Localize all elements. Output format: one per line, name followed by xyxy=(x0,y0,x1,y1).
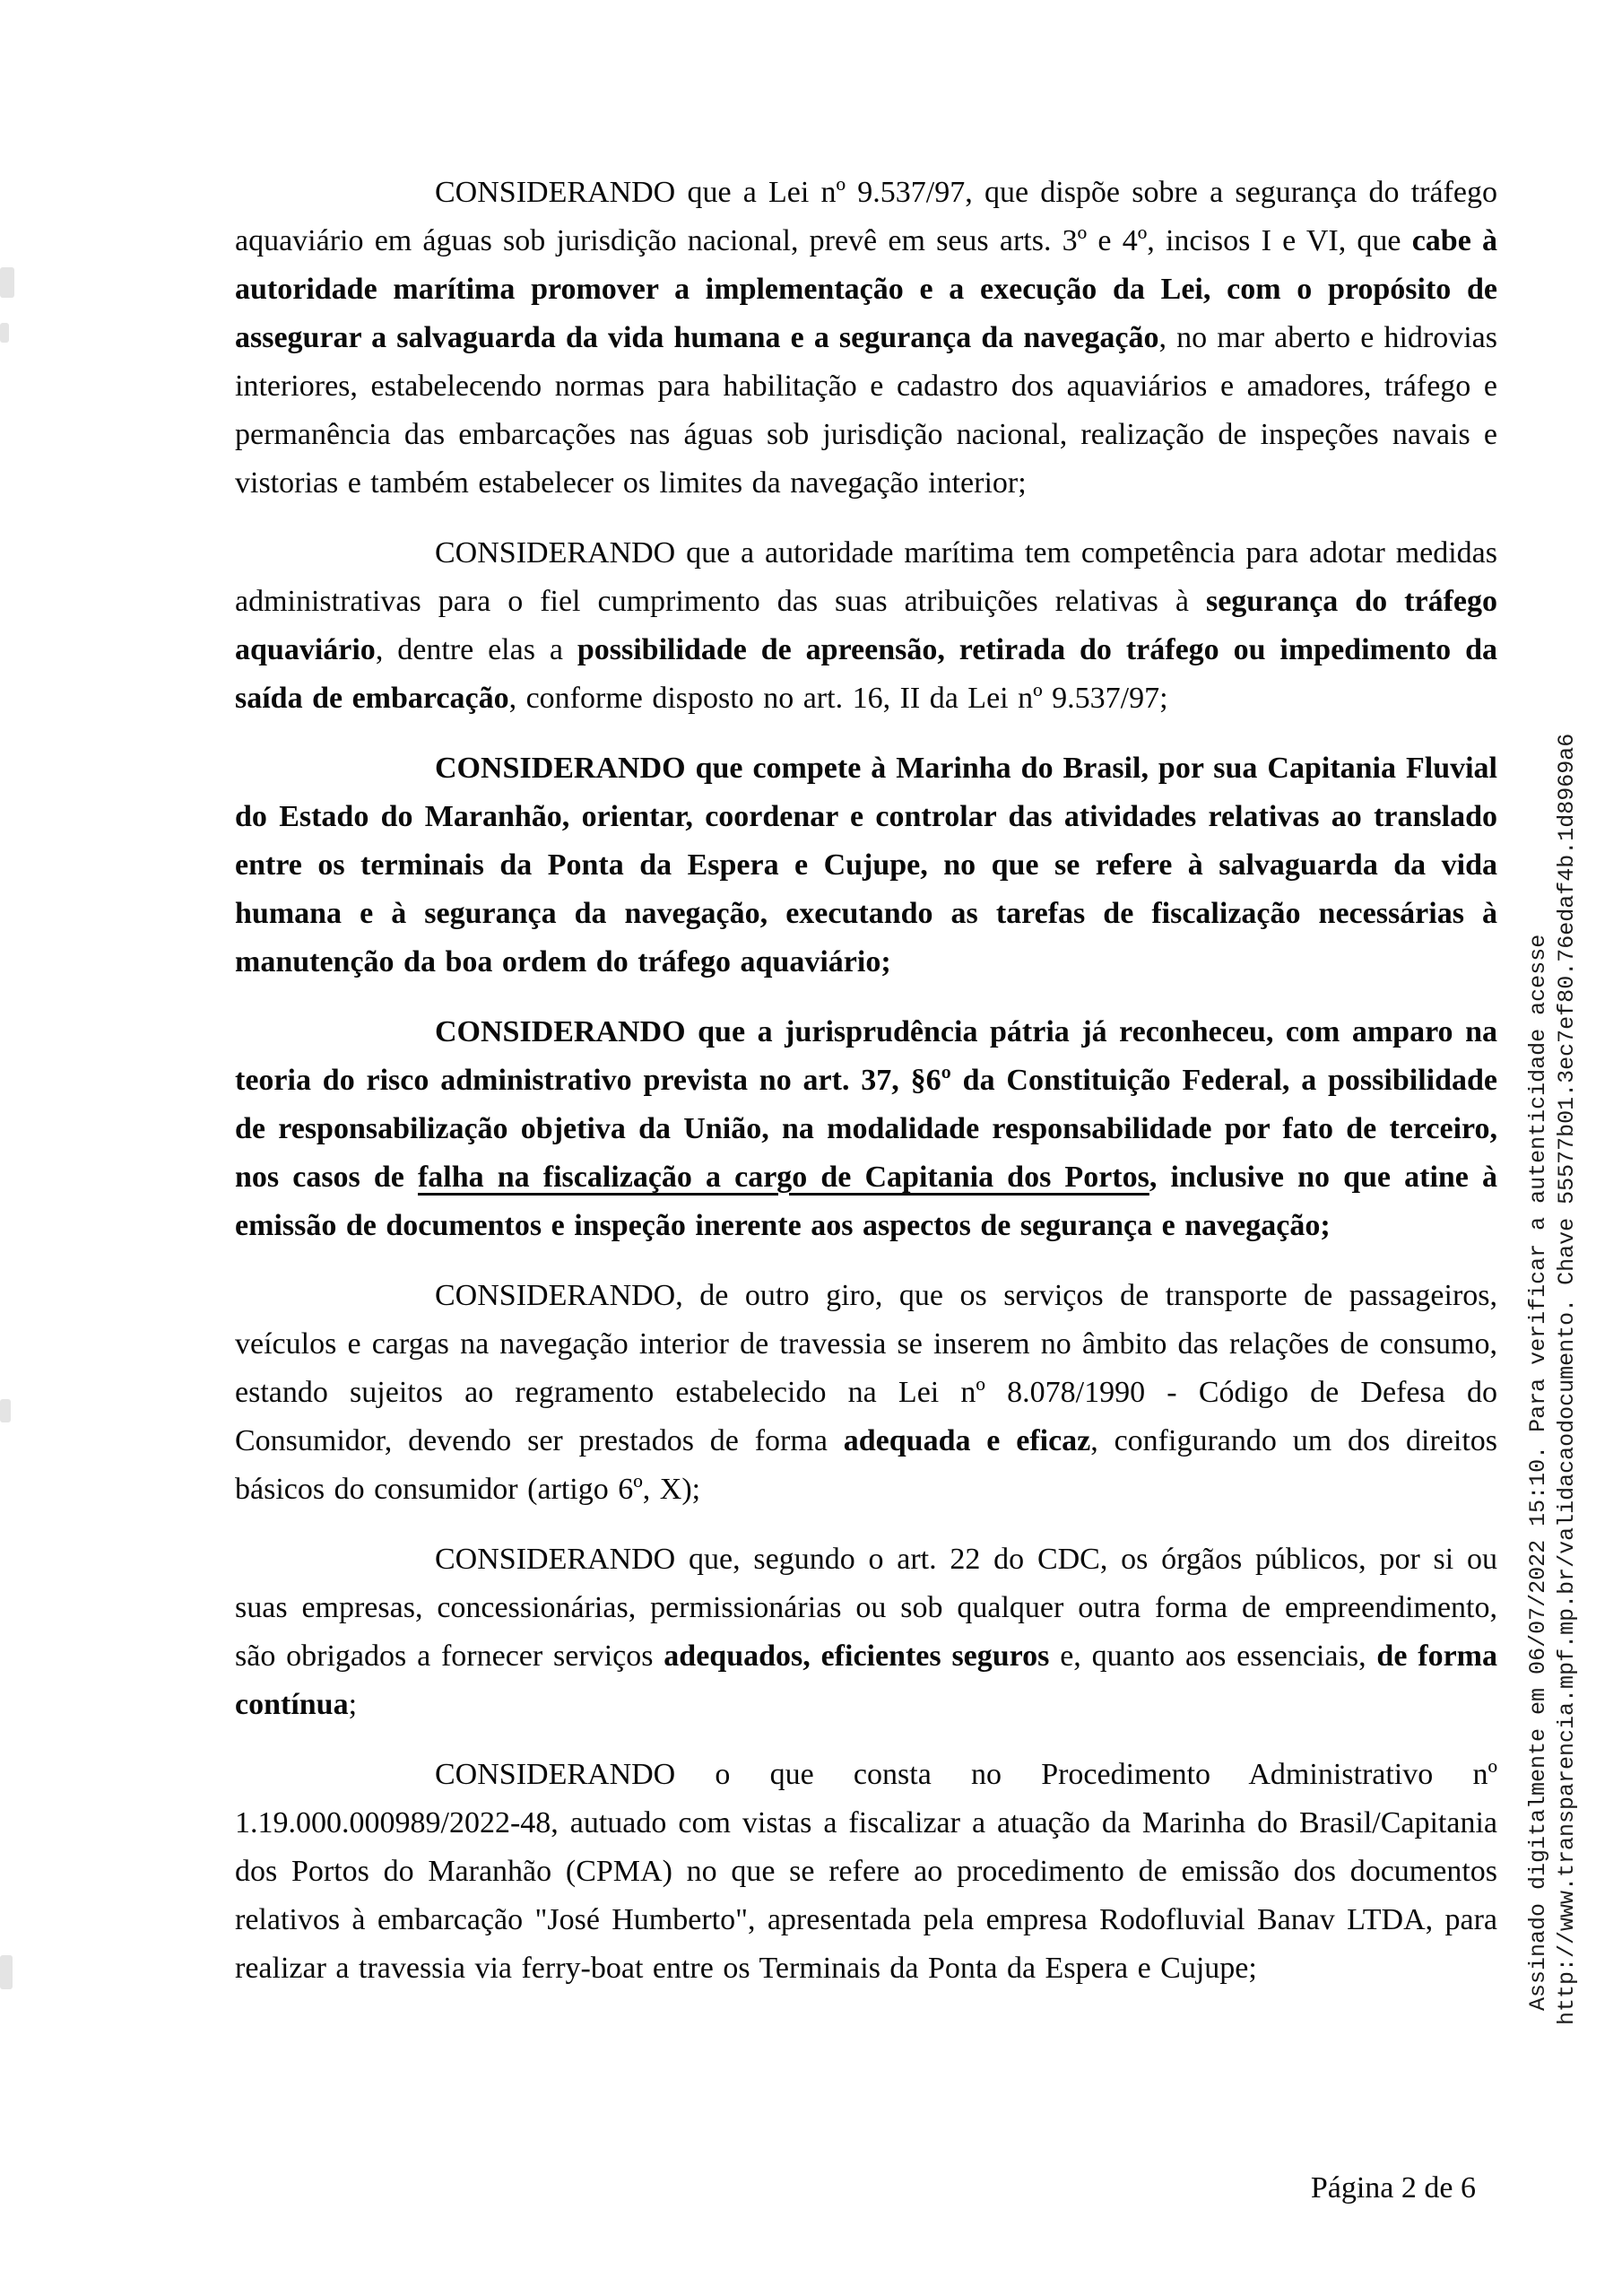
digital-signature-line-1: Assinado digitalmente em 06/07/2022 15:1… xyxy=(1525,935,1552,2011)
text-segment: e, quanto aos essenciais, xyxy=(1049,1639,1376,1673)
text-segment: CONSIDERANDO que a Lei nº 9.537/97, que … xyxy=(235,176,1497,257)
document-body: CONSIDERANDO que a Lei nº 9.537/97, que … xyxy=(235,0,1497,2014)
scan-artifact xyxy=(0,1955,13,1989)
text-segment: , dentre elas a xyxy=(376,633,577,666)
paragraph: CONSIDERANDO que a Lei nº 9.537/97, que … xyxy=(235,169,1497,508)
digital-signature-line-2: http://www.transparencia.mpf.mp.br/valid… xyxy=(1554,734,1581,2025)
text-segment: falha na fiscalização a cargo de Capitan… xyxy=(418,1161,1149,1194)
text-segment: CONSIDERANDO que compete à Marinha do Br… xyxy=(235,752,1497,978)
text-segment: adequados, eficientes seguros xyxy=(664,1639,1049,1673)
paragraph: CONSIDERANDO o que consta no Procediment… xyxy=(235,1751,1497,1993)
document-page: CONSIDERANDO que a Lei nº 9.537/97, que … xyxy=(0,0,1622,2296)
scan-artifact xyxy=(0,1399,11,1422)
paragraph: CONSIDERANDO que a jurisprudência pátria… xyxy=(235,1008,1497,1250)
paragraph: CONSIDERANDO, de outro giro, que os serv… xyxy=(235,1272,1497,1514)
scan-artifact xyxy=(0,323,9,343)
scan-artifact xyxy=(0,267,14,298)
paragraph: CONSIDERANDO que, segundo o art. 22 do C… xyxy=(235,1535,1497,1729)
text-segment: , conforme disposto no art. 16, II da Le… xyxy=(509,682,1168,715)
page-number: Página 2 de 6 xyxy=(1311,2169,1476,2208)
text-segment: CONSIDERANDO o que consta no Procediment… xyxy=(235,1758,1497,1985)
text-segment: ; xyxy=(349,1688,357,1721)
paragraph: CONSIDERANDO que a autoridade marítima t… xyxy=(235,529,1497,723)
paragraph: CONSIDERANDO que compete à Marinha do Br… xyxy=(235,744,1497,987)
text-segment: adequada e eficaz xyxy=(844,1424,1091,1457)
